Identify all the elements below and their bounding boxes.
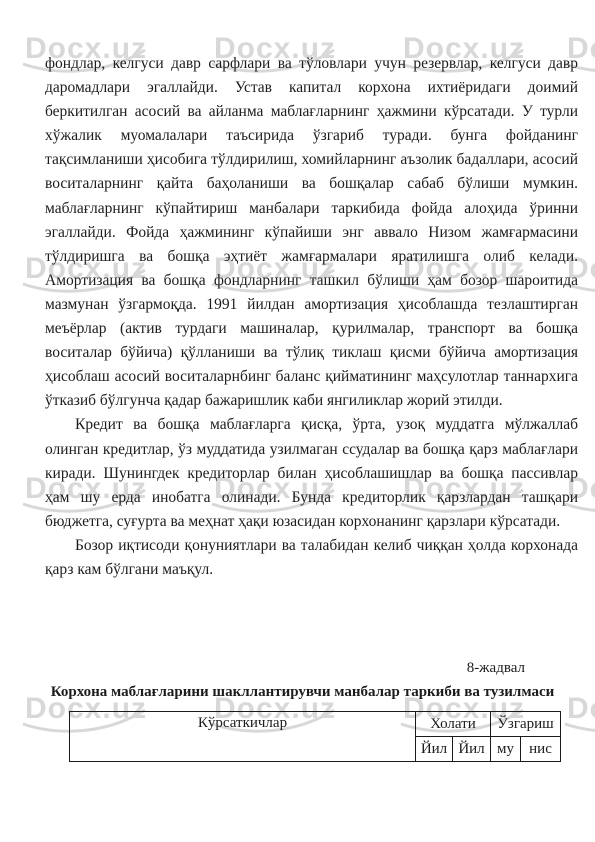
document-page: Docx.uzDocx.uzDocx.uzDocx.uzDocx.uzDocx.…: [0, 0, 595, 842]
data-table: Кўрсаткичлар Холати Ўзгариш Йил Йил му н…: [69, 711, 561, 762]
subheader-cell-year2: Йил: [453, 737, 491, 762]
paragraph: Бозор иқтисоди қонуниятлари ва талабидан…: [45, 534, 578, 582]
header-cell-change: Ўзгариш: [491, 712, 561, 737]
paragraph: Кредит ва бошқа маблағларга қисқа, ўрта,…: [45, 413, 578, 533]
paragraph: фондлар, келгуси давр сарфлари ва тўловл…: [45, 52, 578, 413]
body-text-block: фондлар, келгуси давр сарфлари ва тўловл…: [45, 52, 578, 582]
page-content: фондлар, келгуси давр сарфлари ва тўловл…: [0, 0, 595, 842]
subheader-cell-year1: Йил: [416, 737, 453, 762]
subheader-cell-rel: нис: [521, 737, 561, 762]
table-caption: 8-жадвал: [45, 660, 525, 677]
header-cell-indicators: Кўрсаткичлар: [70, 712, 416, 762]
subheader-cell-abs: му: [491, 737, 521, 762]
table-header-row: Кўрсаткичлар Холати Ўзгариш: [70, 712, 561, 737]
table-title: Корхона маблағларини шакллантирувчи манб…: [45, 684, 560, 701]
header-cell-state: Холати: [416, 712, 491, 737]
